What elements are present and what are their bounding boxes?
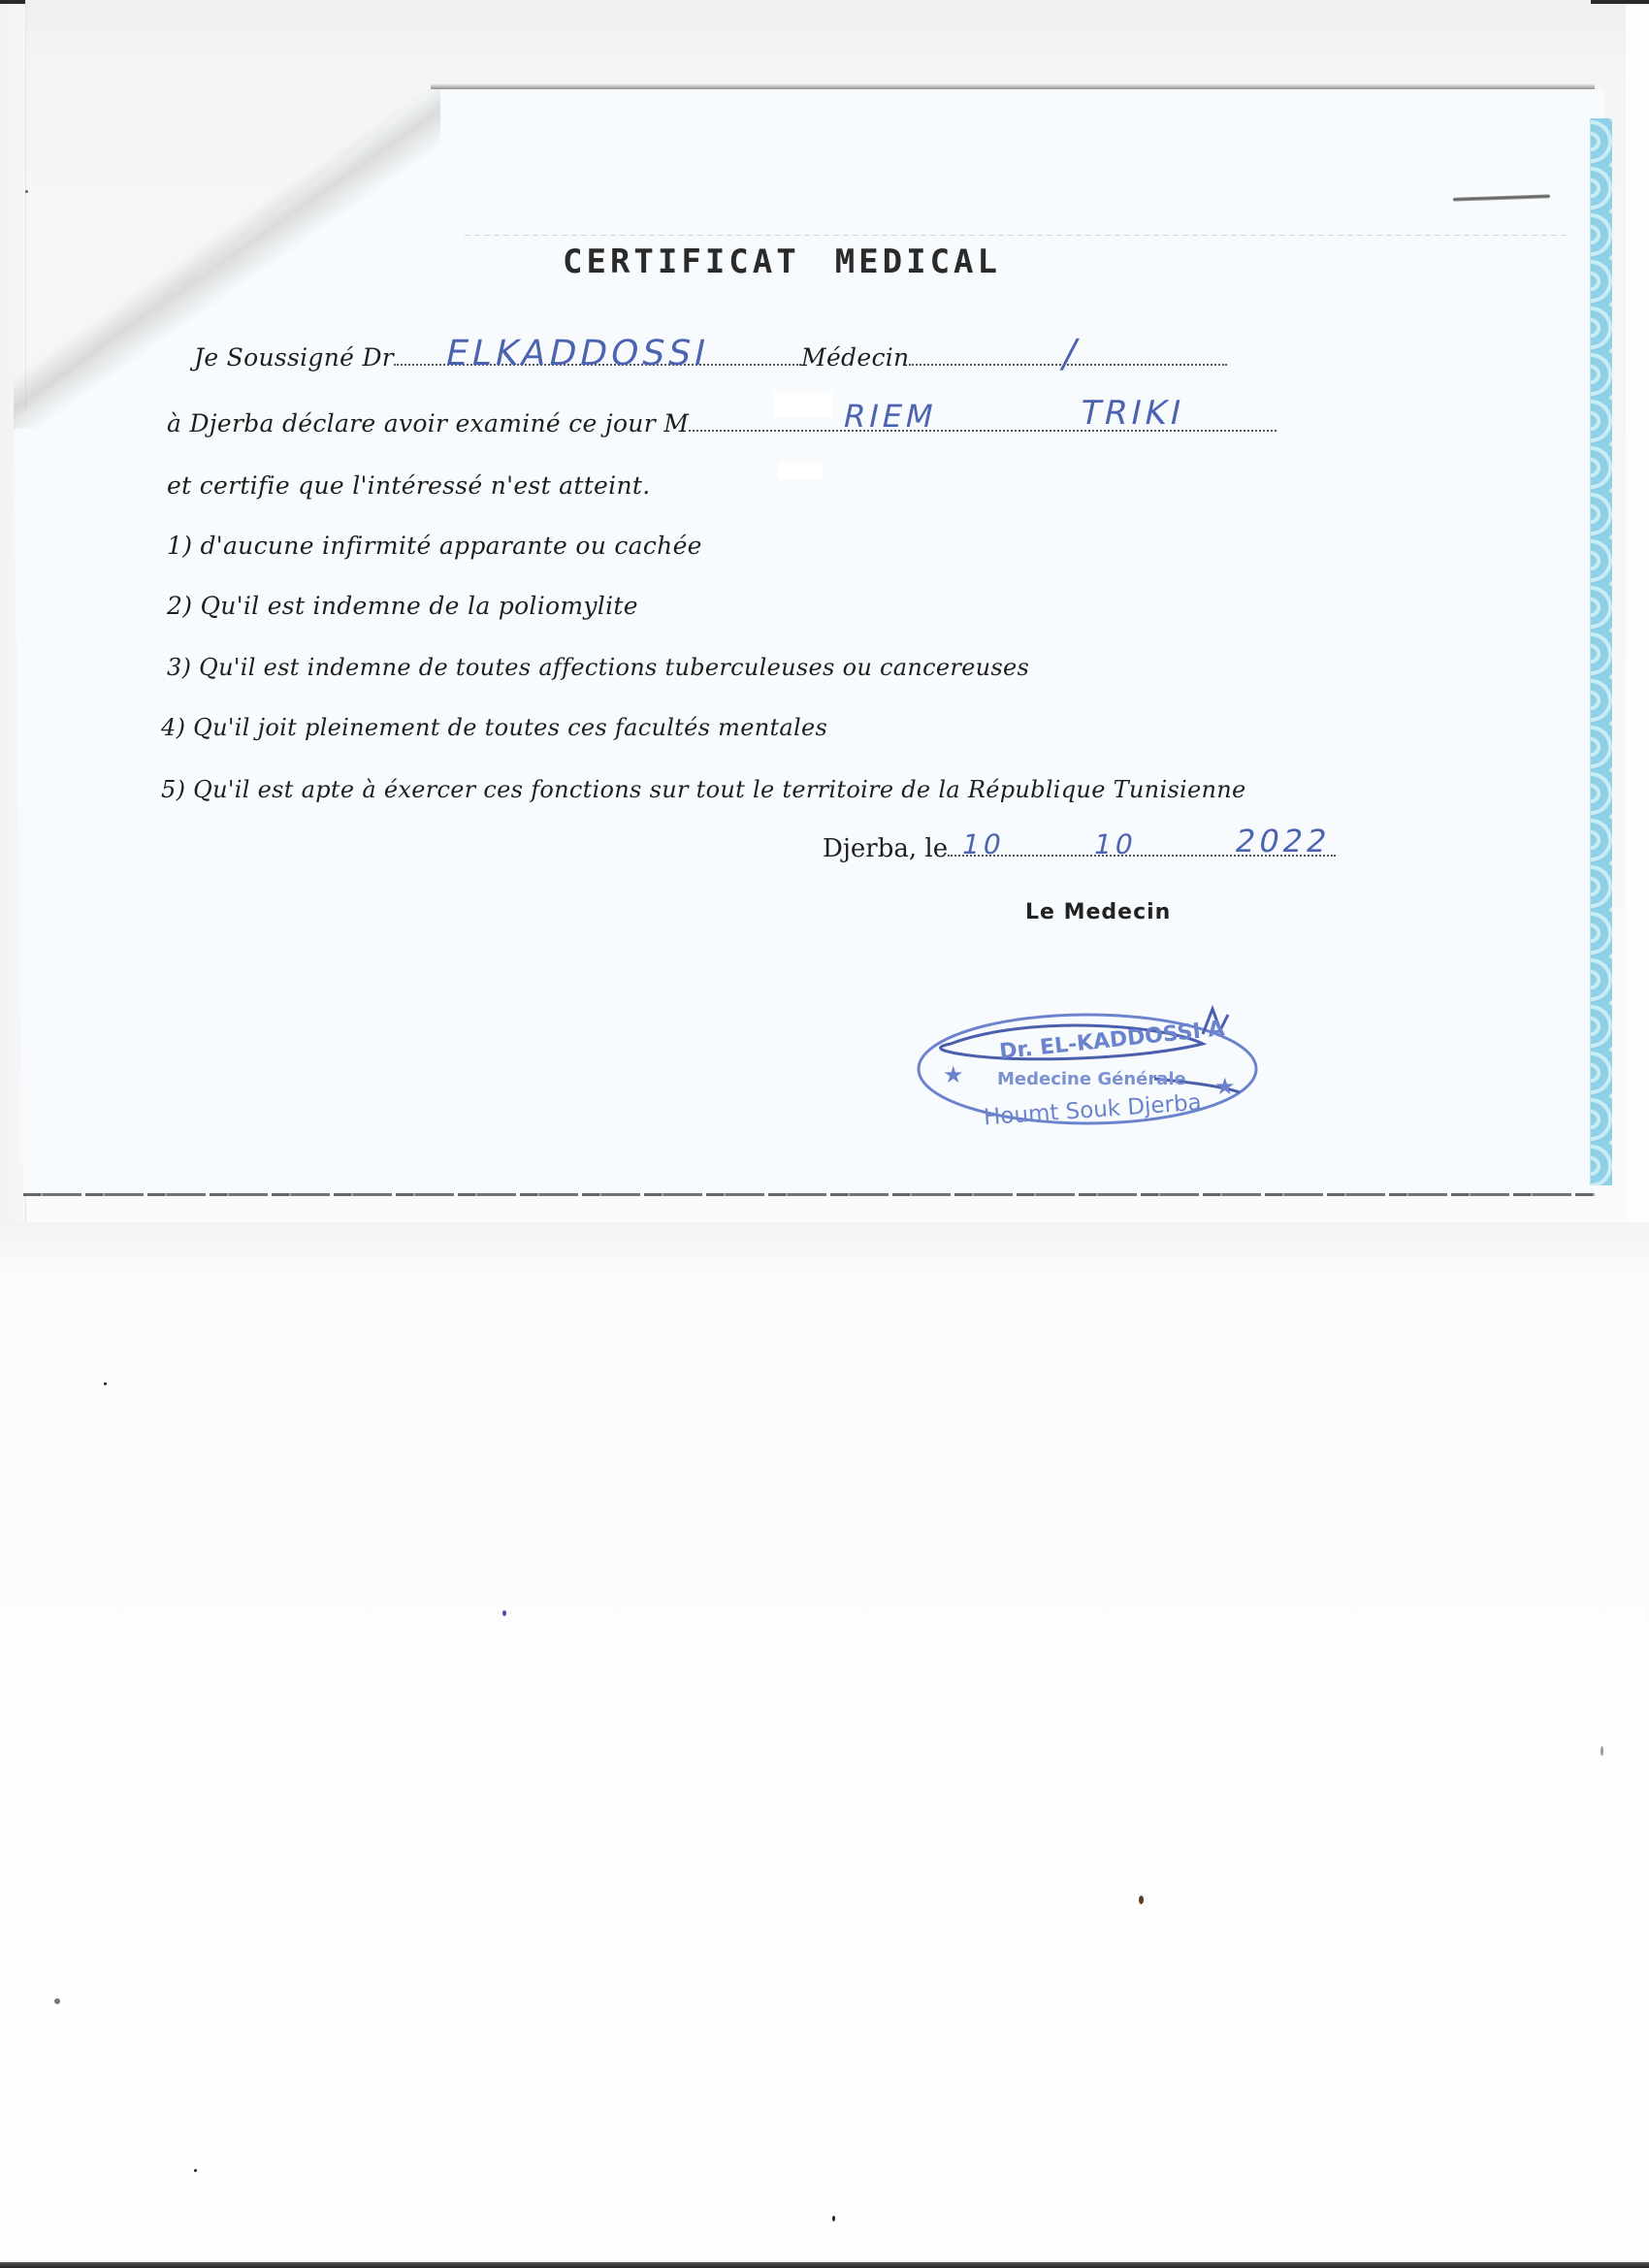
scan-speck bbox=[25, 190, 28, 193]
stamp-seal-icon: ★ ★ Dr. EL-KADDOSSI A Medecine Générale … bbox=[912, 1005, 1263, 1131]
stamp-line-2: Medecine Générale bbox=[997, 1069, 1186, 1089]
dotted-field bbox=[689, 416, 1277, 432]
scan-speck bbox=[104, 1382, 107, 1385]
divider bbox=[465, 235, 1570, 236]
clause-item: 1) d'aucune infirmité apparante ou caché… bbox=[167, 532, 702, 560]
divider bbox=[23, 1193, 1595, 1196]
place-label: Djerba, le bbox=[823, 834, 948, 863]
doctor-label: Je Soussigné Dr bbox=[194, 343, 394, 372]
scan-edge bbox=[0, 2262, 1649, 2268]
scan-edge bbox=[1591, 0, 1649, 4]
patient-last-name-handwritten: TRIKI bbox=[1077, 394, 1188, 433]
redaction-mark bbox=[778, 462, 823, 479]
title-word: CERTIFICAT bbox=[563, 243, 800, 281]
medecin-label: Médecin bbox=[801, 343, 909, 372]
date-month-handwritten: 10 bbox=[1090, 828, 1140, 860]
clause-item: 4) Qu'il joit pleinement de toutes ces f… bbox=[161, 714, 827, 741]
clause-item: 2) Qu'il est indemne de la poliomylite bbox=[167, 592, 638, 620]
decorative-border bbox=[1590, 118, 1612, 1185]
signer-label: Le Medecin bbox=[1025, 900, 1171, 924]
scan-speck bbox=[502, 1610, 506, 1616]
scan-edge bbox=[0, 0, 25, 4]
certify-statement: et certifie que l'intéressé n'est attein… bbox=[167, 471, 650, 500]
doctor-name-handwritten: ELKADDOSSI bbox=[442, 334, 713, 373]
scan-speck bbox=[54, 1998, 60, 2004]
scan-speck bbox=[832, 2216, 835, 2221]
clause-item: 5) Qu'il est apte à éxercer ces fonction… bbox=[161, 776, 1246, 803]
document-title: CERTIFICATMEDICAL bbox=[563, 243, 1001, 281]
date-year-handwritten: 2022 bbox=[1232, 823, 1335, 859]
scan-speck bbox=[194, 2169, 197, 2172]
scan-speck bbox=[1139, 1895, 1144, 1904]
lower-blank-page bbox=[0, 1222, 1649, 2262]
date-day-handwritten: 10 bbox=[958, 828, 1008, 860]
doctor-stamp: ★ ★ Dr. EL-KADDOSSI A Medecine Générale … bbox=[912, 1005, 1263, 1131]
patient-first-name-handwritten: RIEM bbox=[840, 398, 941, 435]
svg-text:★: ★ bbox=[943, 1061, 964, 1088]
title-word: MEDICAL bbox=[835, 243, 1001, 281]
medical-certificate: CERTIFICATMEDICAL Je Soussigné DrMédecin… bbox=[14, 89, 1612, 1195]
patient-label: à Djerba déclare avoir examiné ce jour M bbox=[167, 409, 689, 437]
clause-item: 3) Qu'il est indemne de toutes affection… bbox=[167, 654, 1029, 681]
redaction-mark bbox=[774, 392, 832, 417]
svg-text:★: ★ bbox=[1214, 1073, 1236, 1100]
scan-speck bbox=[1600, 1746, 1603, 1756]
